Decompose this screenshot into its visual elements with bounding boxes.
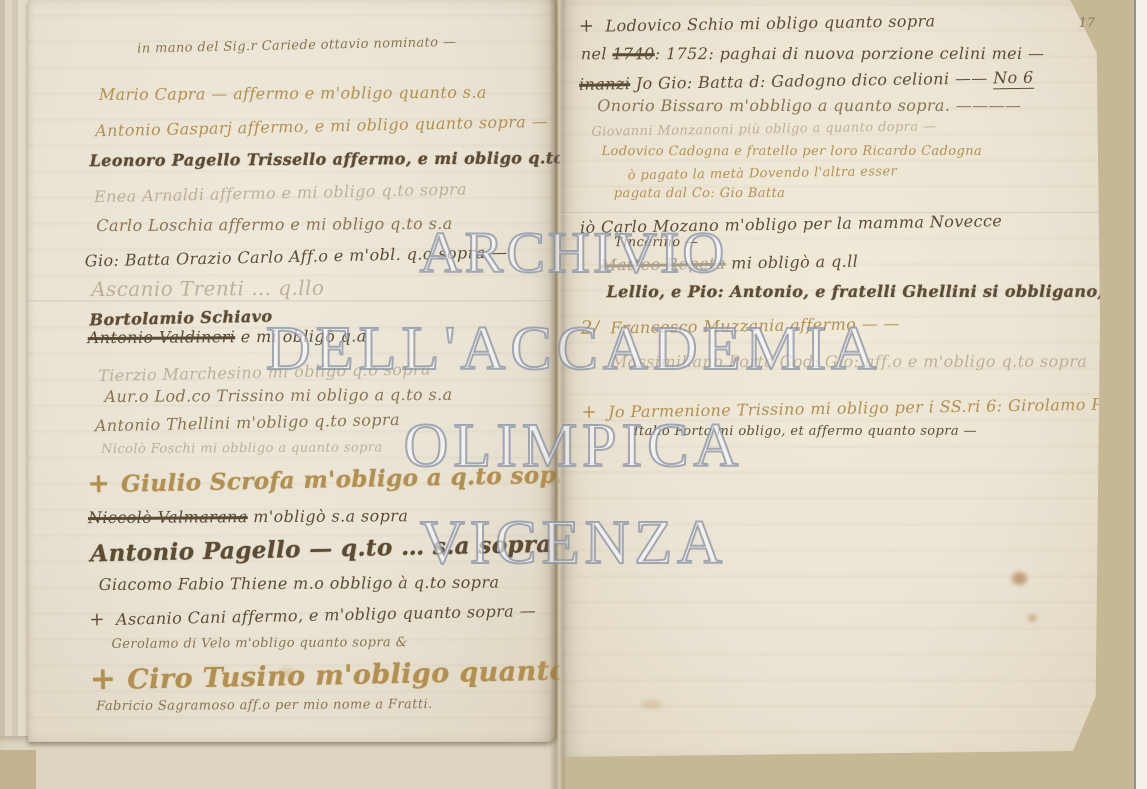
left-page-lines: in mano del Sig.r Cariede ottavio nomina… — [24, 0, 560, 717]
manuscript-line: Nicolò Foschi mi obbligo a quanto sopra — [101, 440, 530, 459]
manuscript-line: Enea Arnaldi affermo e mi obligo q.to so… — [94, 178, 527, 206]
margin-mark: 2/ — [581, 318, 600, 340]
rust-stain — [1028, 614, 1037, 622]
manuscript-line: iò Carlo Mozano m'obligo per la mamma No… — [580, 210, 1070, 237]
left-page: in mano del Sig.r Cariede ottavio nomina… — [28, 0, 555, 742]
manuscript-line: Niccolò Valmarana m'obligò s.a sopra — [88, 506, 531, 528]
manuscript-line: Aur.o Lod.co Trissino mi obligo a q.to s… — [104, 384, 529, 406]
manuscript-line: Italio Porto mi obligo, et affermo quant… — [633, 423, 1071, 440]
manuscript-line: Fabricio Sagramoso aff.o per mio nome a … — [96, 696, 533, 715]
stain — [640, 700, 662, 709]
manuscript-line: +Jo Parmenione Trissino mi obligo per i … — [581, 394, 1071, 424]
manuscript-line: Giovanni Monzanoni più obligo a quanto d… — [591, 117, 1069, 141]
manuscript-line: Lodovico Cadogna e fratello per loro Ric… — [602, 144, 1070, 161]
manuscript-scan: in mano del Sig.r Cariede ottavio nomina… — [0, 0, 1147, 789]
manuscript-line: Gerolamo di Velo m'obligo quanto sopra & — [111, 635, 532, 654]
manuscript-line: Mario Capra — affermo e m'obligo quanto … — [99, 83, 526, 105]
manuscript-line: pagata dal Co: Gio Batta — [614, 186, 1070, 203]
manuscript-line: Carlo Loschia affermo e mi obligo q.to s… — [96, 213, 527, 235]
manuscript-line: nel 1740: 1752: paghai di nuova porzione… — [581, 44, 1069, 64]
manuscript-line: inanzi Jo Gio: Batta d: Gadogno dico cel… — [579, 67, 1069, 94]
manuscript-line: Leonoro Pagello Trissello affermo, e mi … — [90, 148, 527, 170]
underlying-leaf — [0, 736, 558, 789]
manuscript-line: Gio: Batta Orazio Carlo Aff.o e m'obl. q… — [85, 242, 528, 270]
cover-corner — [0, 750, 36, 789]
rust-stain — [1012, 572, 1027, 585]
margin-mark: + — [87, 468, 110, 500]
margin-mark: + — [90, 660, 117, 698]
manuscript-line: Matteo Repeta mi obligò a q.ll — [600, 248, 1070, 275]
manuscript-line: Antonio Valdineri e mi obligò q.a — [88, 325, 529, 347]
manuscript-line: Antonio Pagello — q.to … s.a sopra — [90, 532, 531, 569]
manuscript-line: Antonio Thellini m'obligo q.to sopra — [95, 407, 530, 435]
margin-mark: + — [581, 401, 597, 423]
manuscript-line: in mano del Sig.r Cariede ottavio nomina… — [137, 33, 525, 57]
manuscript-line: Giacomo Fabio Thiene m.o obbligo à q.to … — [99, 572, 532, 594]
book-spine — [549, 0, 567, 789]
manuscript-line: ò pagato la metà Dovendo l'altra esser — [628, 162, 1070, 185]
folio-number: 17 — [1078, 16, 1095, 31]
manuscript-line: +Giulio Scrofa m'obligo a q.to sop.a — [87, 459, 531, 500]
manuscript-line: Tierzio Marchesino mi obligo q.o sopra — [98, 357, 529, 385]
right-page-lines: +Lodovico Schio mi obligo quanto soprane… — [558, 0, 1101, 442]
margin-mark: + — [578, 16, 594, 38]
manuscript-line: +Ascanio Cani affermo, e m'obligo quanto… — [89, 600, 532, 631]
manuscript-line: Antonio Gasparj affermo, e mi obligo qua… — [95, 113, 526, 141]
margin-mark: + — [89, 609, 105, 631]
manuscript-line: Massimiliano Porto God: Gio: aff.o e m'o… — [611, 351, 1071, 371]
manuscript-line: +Ciro Tusino m'obligo quanto sopra — [90, 652, 534, 699]
right-page: +Lodovico Schio mi obligo quanto soprane… — [560, 0, 1100, 757]
manuscript-line: 2/Francesco Muzzania affermo — — — [581, 311, 1071, 341]
manuscript-line: Lellio, e Pio: Antonio, e fratelli Ghell… — [606, 282, 1070, 302]
manuscript-line: +Lodovico Schio mi obligo quanto sopra — [578, 8, 1068, 38]
manuscript-line: Ascanio Trenti … q.llo — [91, 275, 528, 302]
manuscript-line: Onorio Bissaro m'obbligo a quanto sopra.… — [597, 96, 1069, 116]
scan-edge-strip — [1134, 0, 1147, 789]
